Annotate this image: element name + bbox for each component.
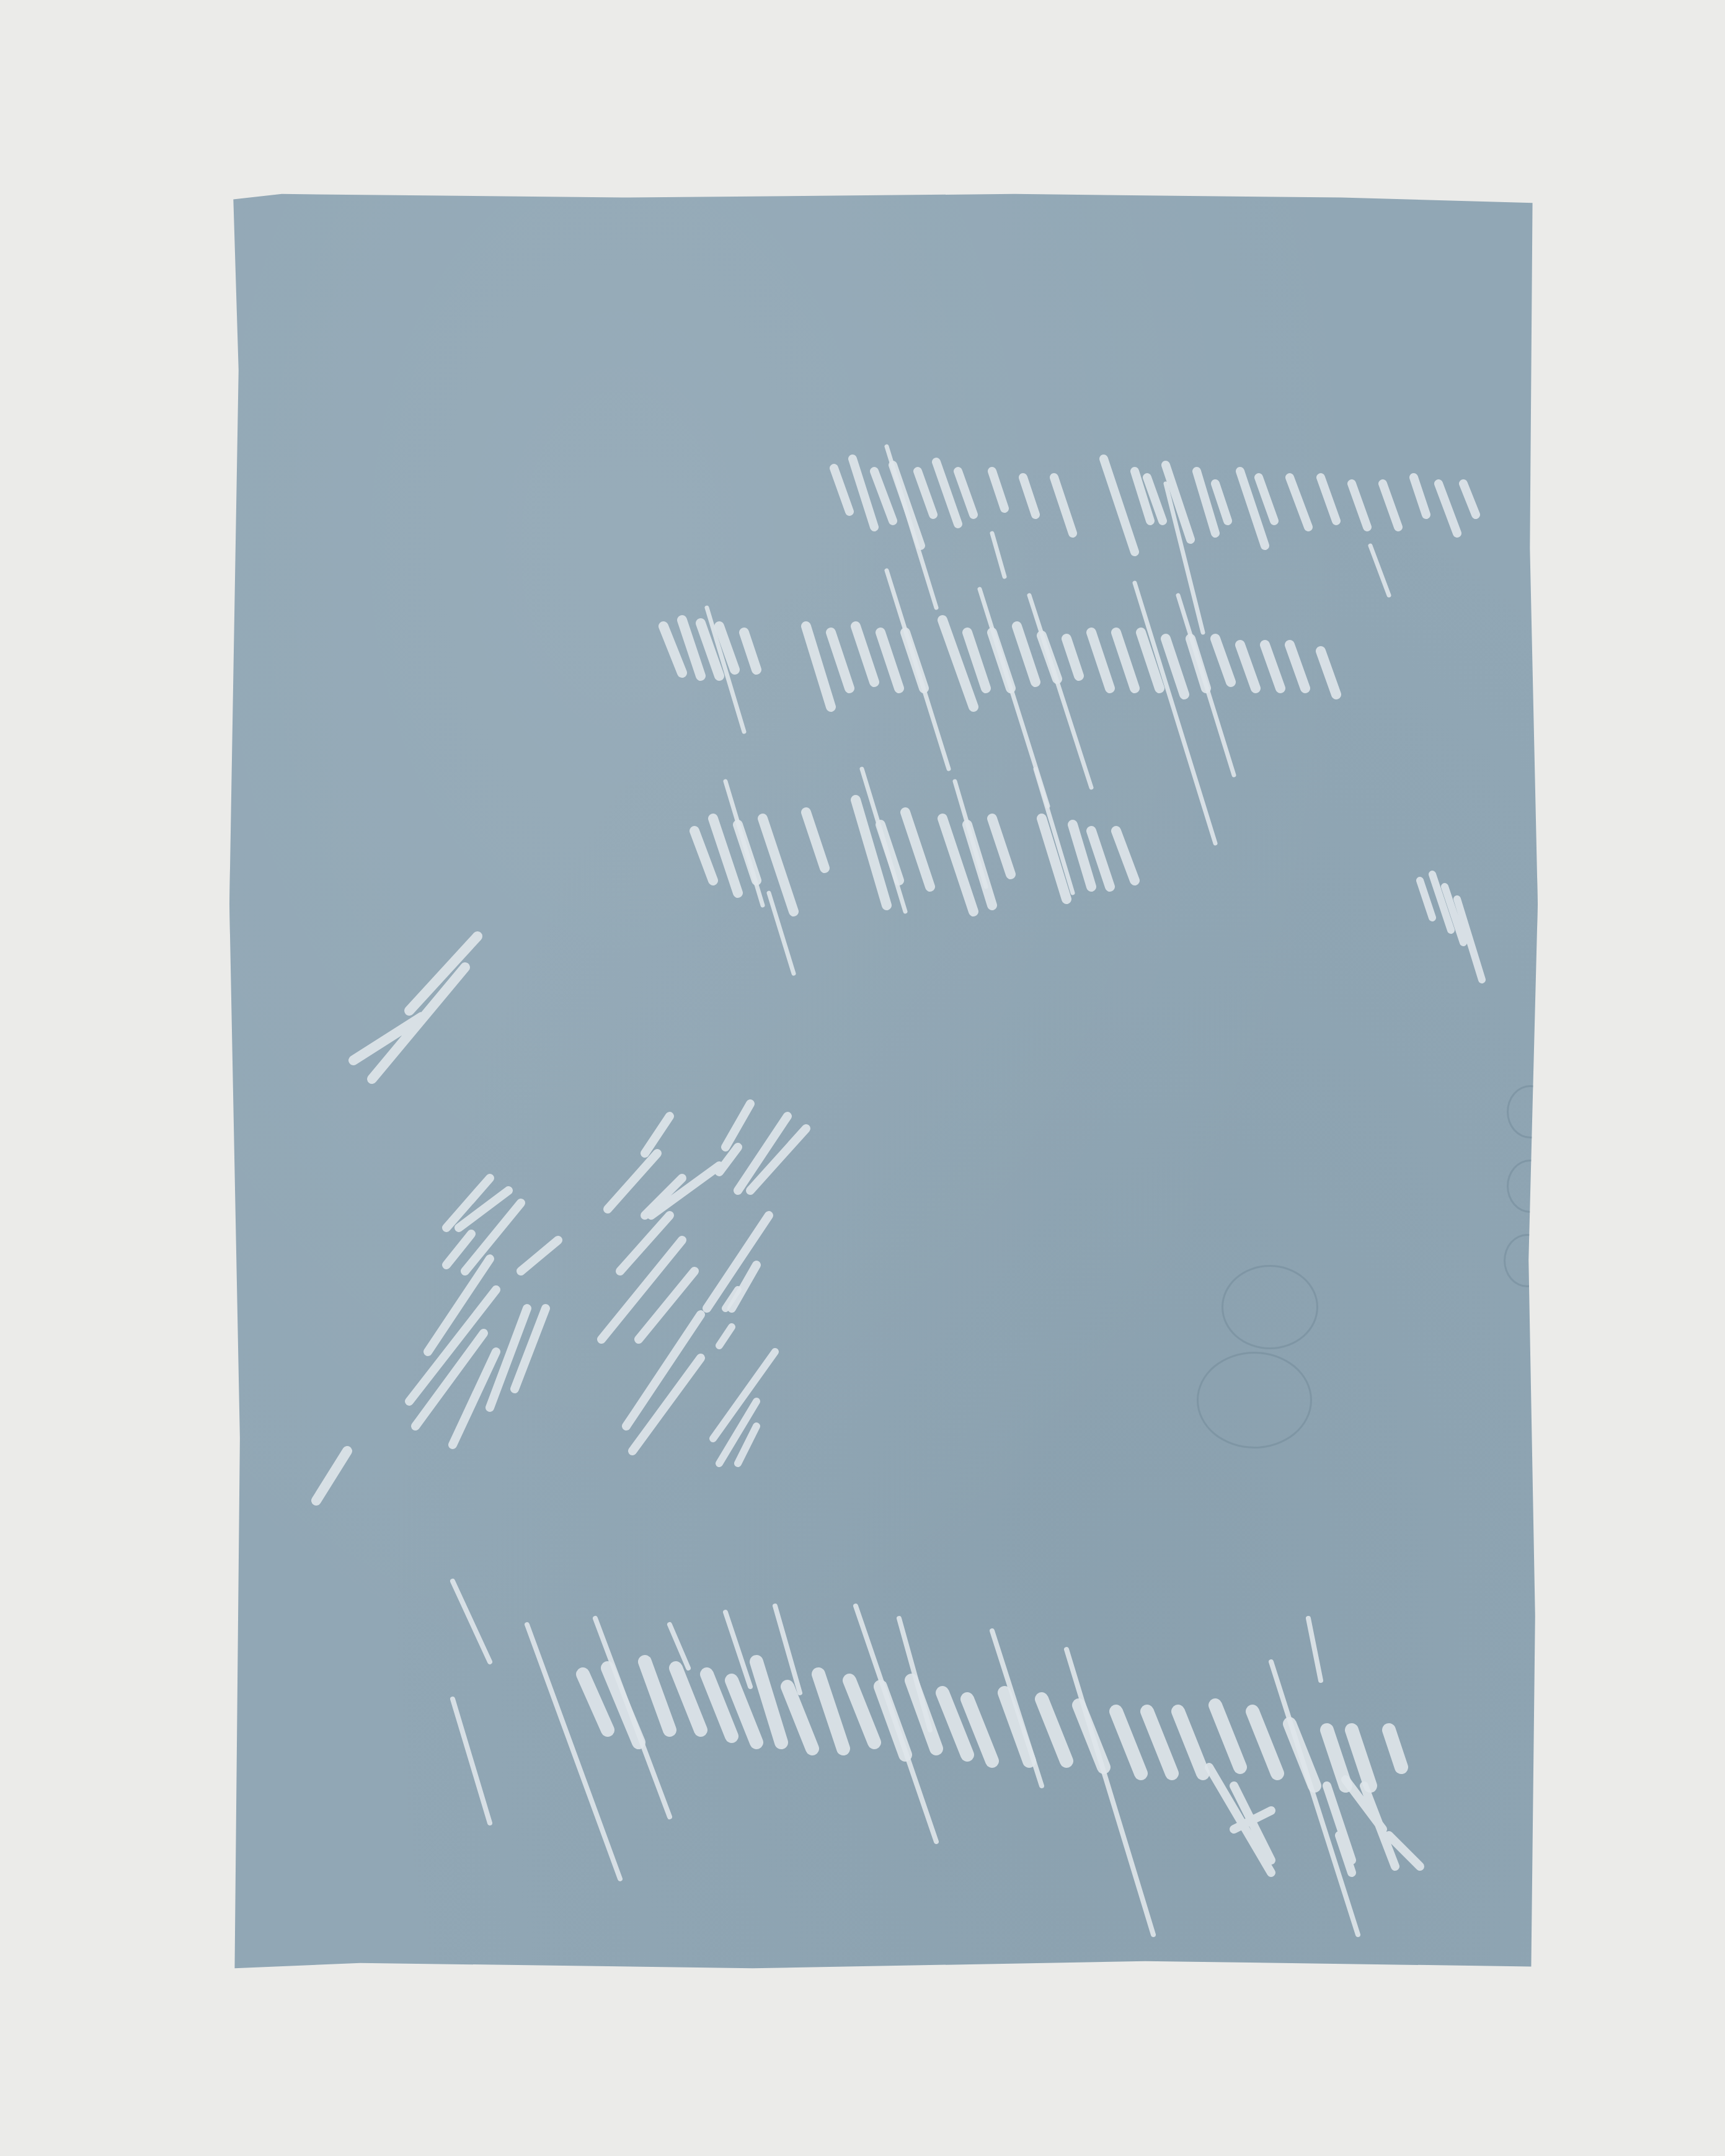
bottom-script-line-strokes — [453, 1581, 1358, 1935]
asemic-white-marks — [0, 0, 1725, 2156]
script-line-1 — [834, 459, 1476, 552]
left-diagonal-marks — [353, 936, 477, 1079]
left-cluster — [316, 1178, 558, 1501]
right-small-mark — [1420, 874, 1482, 980]
center-cluster — [601, 1104, 806, 1463]
script-line-2 — [663, 620, 1336, 707]
